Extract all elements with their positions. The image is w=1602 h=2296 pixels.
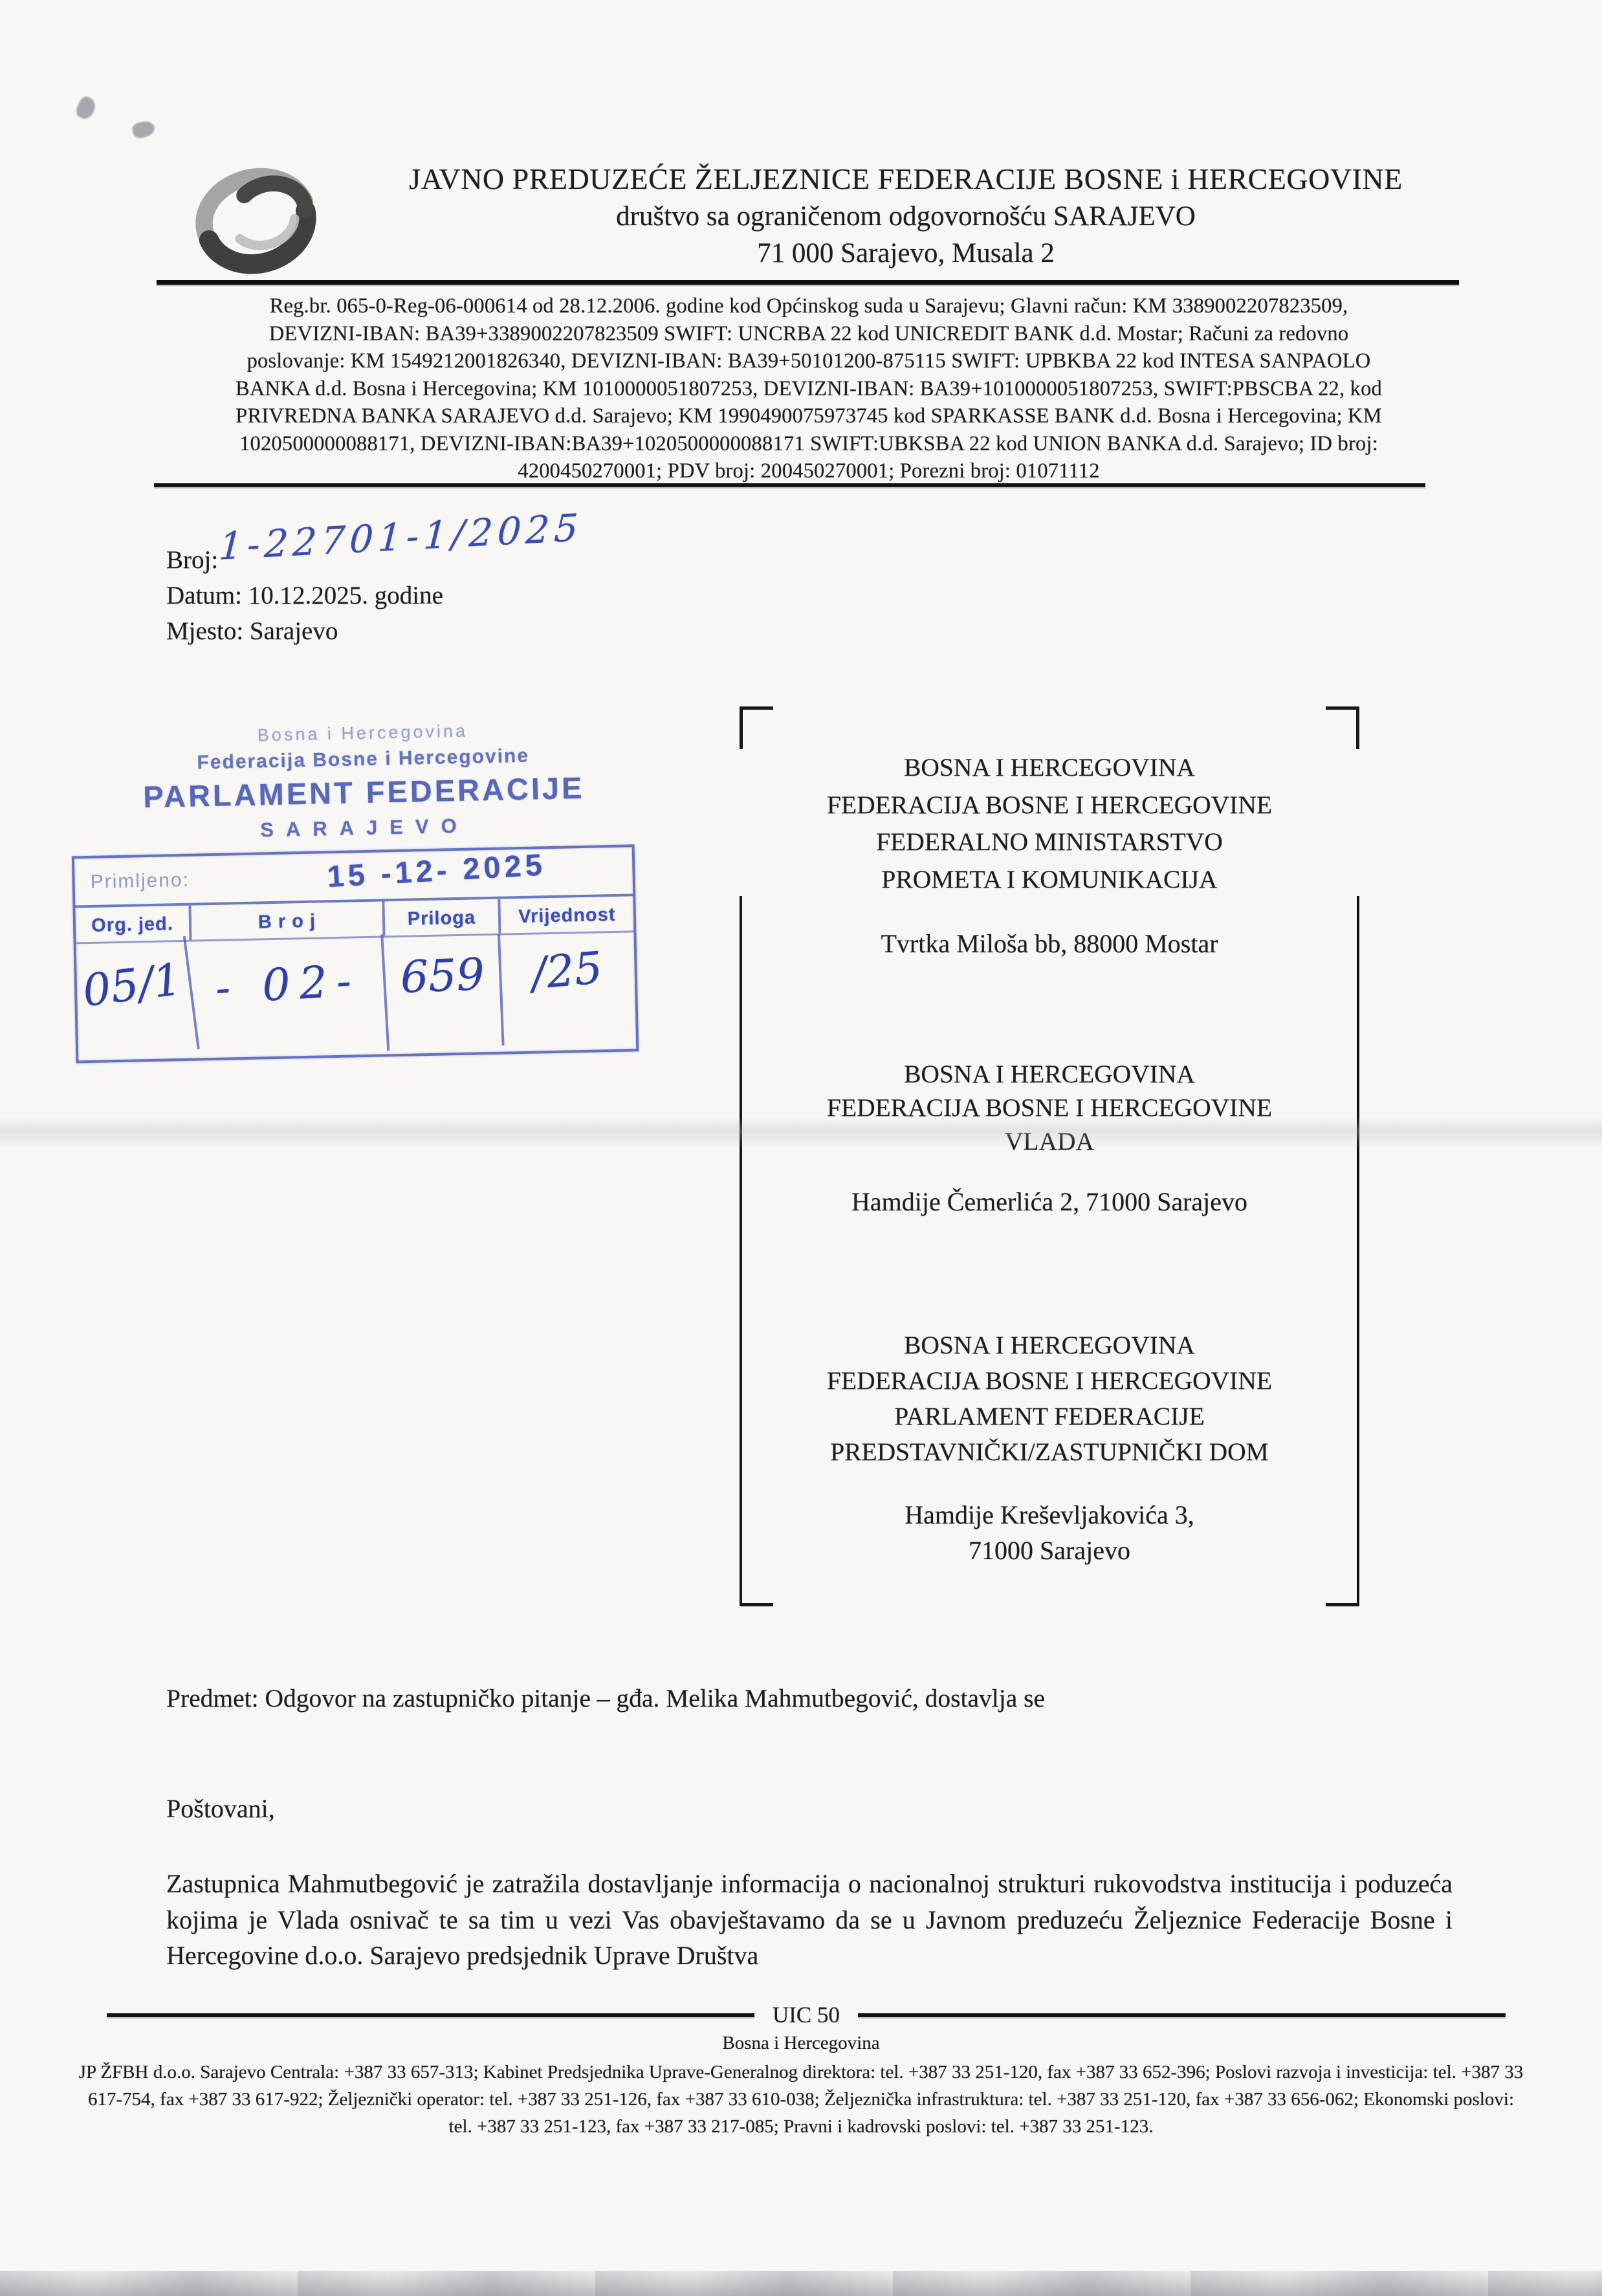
recipient-line: FEDERACIJA BOSNE I HERCEGOVINE: [744, 787, 1355, 824]
uic-label: UIC 50: [754, 2002, 858, 2028]
stamp-table-values: 05/1 - 02- 659 /25: [76, 932, 637, 1060]
registration-line: DEVIZNI-IBAN: BA39+3389002207823509 SWIF…: [155, 320, 1462, 348]
recipient-block-parliament: BOSNA I HERCEGOVINA FEDERACIJA BOSNE I H…: [744, 1328, 1355, 1568]
scanner-edge-artifact: [0, 2271, 1602, 2296]
footer-rule-right: [858, 2013, 1506, 2017]
company-subtitle: društvo sa ograničenom odgovornošću SARA…: [324, 198, 1488, 235]
body-paragraph: Zastupnica Mahmutbegović je zatražila do…: [166, 1866, 1453, 1974]
recipient-block-ministry: BOSNA I HERCEGOVINA FEDERACIJA BOSNE I H…: [744, 749, 1355, 961]
address-window-corner-mark: [740, 706, 773, 710]
footer-country: Bosna i Hercegovina: [0, 2033, 1602, 2054]
stamp-table: Primljeno: 15 -12- 2025 Org. jed. B r o …: [72, 844, 639, 1063]
address-window-corner-mark: [740, 1603, 773, 1606]
recipient-line: BOSNA I HERCEGOVINA: [744, 1328, 1355, 1363]
stamp-city: SARAJEVO: [69, 810, 661, 846]
registration-line: poslovanje: KM 1549212001826340, DEVIZNI…: [155, 347, 1462, 375]
registration-divider: [154, 483, 1425, 487]
salutation: Poštovani,: [166, 1793, 275, 1824]
footer-contacts: JP ŽFBH d.o.o. Sarajevo Centrala: +387 3…: [78, 2059, 1524, 2140]
stamp-col-priloga: Priloga: [384, 899, 501, 936]
stamp-value-priloga: 659: [384, 934, 504, 1050]
registration-line: 1020500000088171, DEVIZNI-IBAN:BA39+1020…: [155, 430, 1462, 458]
receipt-stamp: Bosna i Hercegovina Federacija Bosne i H…: [67, 717, 666, 1063]
recipient-line: FEDERACIJA BOSNE I HERCEGOVINE: [744, 1363, 1355, 1399]
company-logo-icon: [190, 153, 316, 282]
recipient-address: 71000 Sarajevo: [744, 1533, 1355, 1568]
recipient-line: PREDSTAVNIČKI/ZASTUPNIČKI DOM: [744, 1434, 1355, 1470]
recipient-line: BOSNA I HERCEGOVINA: [744, 749, 1355, 787]
registration-info: Reg.br. 065-0-Reg-06-000614 od 28.12.200…: [155, 292, 1462, 485]
footer-rule-left: [107, 2013, 754, 2017]
recipient-address: Tvrtka Miloša bb, 88000 Mostar: [744, 926, 1355, 961]
received-date-stamp: 15 -12- 2025: [326, 846, 547, 894]
company-name: JAVNO PREDUZEĆE ŽELJEZNICE FEDERACIJE BO…: [324, 160, 1488, 198]
recipient-line: PARLAMENT FEDERACIJE: [744, 1399, 1355, 1434]
recipient-address: Hamdije Čemerlića 2, 71000 Sarajevo: [744, 1184, 1355, 1219]
recipient-line: BOSNA I HERCEGOVINA: [744, 1057, 1355, 1091]
stamp-col-org-jed: Org. jed.: [75, 906, 192, 943]
primljeno-label: Primljeno:: [90, 869, 190, 893]
registration-line: PRIVREDNA BANKA SARAJEVO d.d. Sarajevo; …: [155, 402, 1462, 430]
registration-line: 4200450270001; PDV broj: 200450270001; P…: [155, 457, 1462, 485]
mjesto-line: Mjesto: Sarajevo: [166, 613, 443, 649]
ink-speck: [131, 119, 156, 140]
stamp-value-vrijednost: /25: [498, 928, 639, 1049]
stamp-parliament: PARLAMENT FEDERACIJE: [67, 768, 660, 816]
scan-artifact-streak: [0, 1117, 1602, 1148]
registration-line: BANKA d.d. Bosna i Hercegovina; KM 10100…: [155, 375, 1462, 403]
footer-uic-rule: UIC 50: [107, 2002, 1506, 2028]
address-window-side-line: [1357, 896, 1359, 1606]
stamp-col-broj: B r o j: [191, 901, 385, 939]
address-window-side-line: [740, 896, 742, 1606]
address-window-corner-mark: [1356, 706, 1359, 749]
stamp-col-vrijednost: Vrijednost: [500, 896, 633, 933]
company-address: 71 000 Sarajevo, Musala 2: [324, 235, 1488, 272]
address-window-corner-mark: [740, 706, 743, 749]
letterhead: JAVNO PREDUZEĆE ŽELJEZNICE FEDERACIJE BO…: [324, 160, 1488, 272]
stamp-value-broj: - 02-: [190, 934, 390, 1061]
stamp-value-org-jed: 05/1: [71, 936, 200, 1064]
registration-line: Reg.br. 065-0-Reg-06-000614 od 28.12.200…: [155, 292, 1462, 320]
header-divider: [157, 280, 1459, 285]
recipient-line: FEDERALNO MINISTARSTVO: [744, 824, 1355, 861]
address-window-corner-mark: [1326, 706, 1359, 710]
datum-line: Datum: 10.12.2025. godine: [166, 578, 443, 613]
address-window-corner-mark: [1326, 1603, 1359, 1606]
subject-line: Predmet: Odgovor na zastupničko pitanje …: [166, 1683, 1045, 1713]
ink-speck: [74, 94, 98, 122]
recipient-address: Hamdije Kreševljakovića 3,: [744, 1497, 1355, 1533]
recipient-line: PROMETA I KOMUNIKACIJA: [744, 861, 1355, 899]
scanned-letter-page: JAVNO PREDUZEĆE ŽELJEZNICE FEDERACIJE BO…: [0, 0, 1602, 2296]
